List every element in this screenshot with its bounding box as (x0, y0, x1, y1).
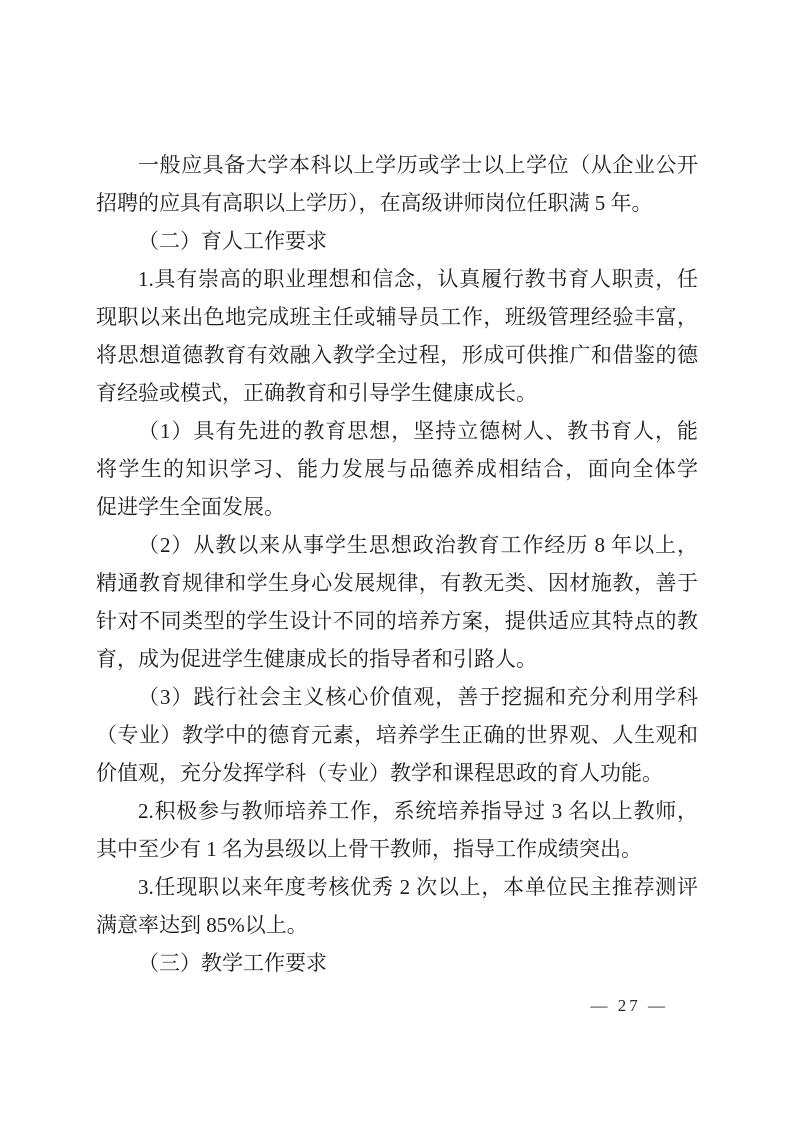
text-line: 将思想道德教育有效融入教学全过程，形成可供推广和借鉴的德 (96, 336, 698, 374)
text-line: 将学生的知识学习、能力发展与品德养成相结合，面向全体学生， (96, 450, 698, 488)
paragraph-item-2: 2.积极参与教师培养工作，系统培养指导过 3 名以上教师， 其中至少有 1 名为… (96, 792, 698, 868)
section-heading-text: （二）育人工作要求 (96, 222, 698, 260)
paragraph-item-1: 1.具有崇高的职业理想和信念，认真履行教书育人职责，任 现职以来出色地完成班主任… (96, 260, 698, 412)
document-page: 一般应具备大学本科以上学历或学士以上学位（从企业公开 招聘的应具有高职以上学历）… (0, 0, 793, 1122)
page-content: 一般应具备大学本科以上学历或学士以上学位（从企业公开 招聘的应具有高职以上学历）… (96, 146, 698, 1018)
text-line: 满意率达到 85%以上。 (96, 906, 698, 944)
text-line: 1.具有崇高的职业理想和信念，认真履行教书育人职责，任 (96, 260, 698, 298)
text-line: 一般应具备大学本科以上学历或学士以上学位（从企业公开 (96, 146, 698, 184)
text-line: 其中至少有 1 名为县级以上骨干教师，指导工作成绩突出。 (96, 830, 698, 868)
text-line: （3）践行社会主义核心价值观，善于挖掘和充分利用学科 (96, 678, 698, 716)
text-line: （1）具有先进的教育思想，坚持立德树人、教书育人，能 (96, 412, 698, 450)
section-heading-text: （三）教学工作要求 (96, 944, 698, 982)
text-line: （专业）教学中的德育元素，培养学生正确的世界观、人生观和 (96, 716, 698, 754)
section-heading-jiaoxue-gongzuo-yaoqiu: （三）教学工作要求 (96, 944, 698, 982)
paragraph-subitem-1: （1）具有先进的教育思想，坚持立德树人、教书育人，能 将学生的知识学习、能力发展… (96, 412, 698, 526)
paragraph-subitem-3: （3）践行社会主义核心价值观，善于挖掘和充分利用学科 （专业）教学中的德育元素，… (96, 678, 698, 792)
text-line: （2）从教以来从事学生思想政治教育工作经历 8 年以上， (96, 526, 698, 564)
text-line: 育，成为促进学生健康成长的指导者和引路人。 (96, 640, 698, 678)
paragraph-item-3: 3.任现职以来年度考核优秀 2 次以上，本单位民主推荐测评 满意率达到 85%以… (96, 868, 698, 944)
paragraph-subitem-2: （2）从教以来从事学生思想政治教育工作经历 8 年以上， 精通教育规律和学生身心… (96, 526, 698, 678)
page-number: — 27 — (96, 994, 698, 1018)
text-line: 针对不同类型的学生设计不同的培养方案，提供适应其特点的教 (96, 602, 698, 640)
text-line: 精通教育规律和学生身心发展规律，有教无类、因材施教，善于 (96, 564, 698, 602)
section-heading-yuren-gongzuo-yaoqiu: （二）育人工作要求 (96, 222, 698, 260)
paragraph-qualification: 一般应具备大学本科以上学历或学士以上学位（从企业公开 招聘的应具有高职以上学历）… (96, 146, 698, 222)
text-line: 促进学生全面发展。 (96, 488, 698, 526)
text-line: 2.积极参与教师培养工作，系统培养指导过 3 名以上教师， (96, 792, 698, 830)
text-line: 3.任现职以来年度考核优秀 2 次以上，本单位民主推荐测评 (96, 868, 698, 906)
text-line: 育经验或模式，正确教育和引导学生健康成长。 (96, 374, 698, 412)
text-line: 招聘的应具有高职以上学历），在高级讲师岗位任职满 5 年。 (96, 184, 698, 222)
text-line: 现职以来出色地完成班主任或辅导员工作，班级管理经验丰富， (96, 298, 698, 336)
text-line: 价值观，充分发挥学科（专业）教学和课程思政的育人功能。 (96, 754, 698, 792)
